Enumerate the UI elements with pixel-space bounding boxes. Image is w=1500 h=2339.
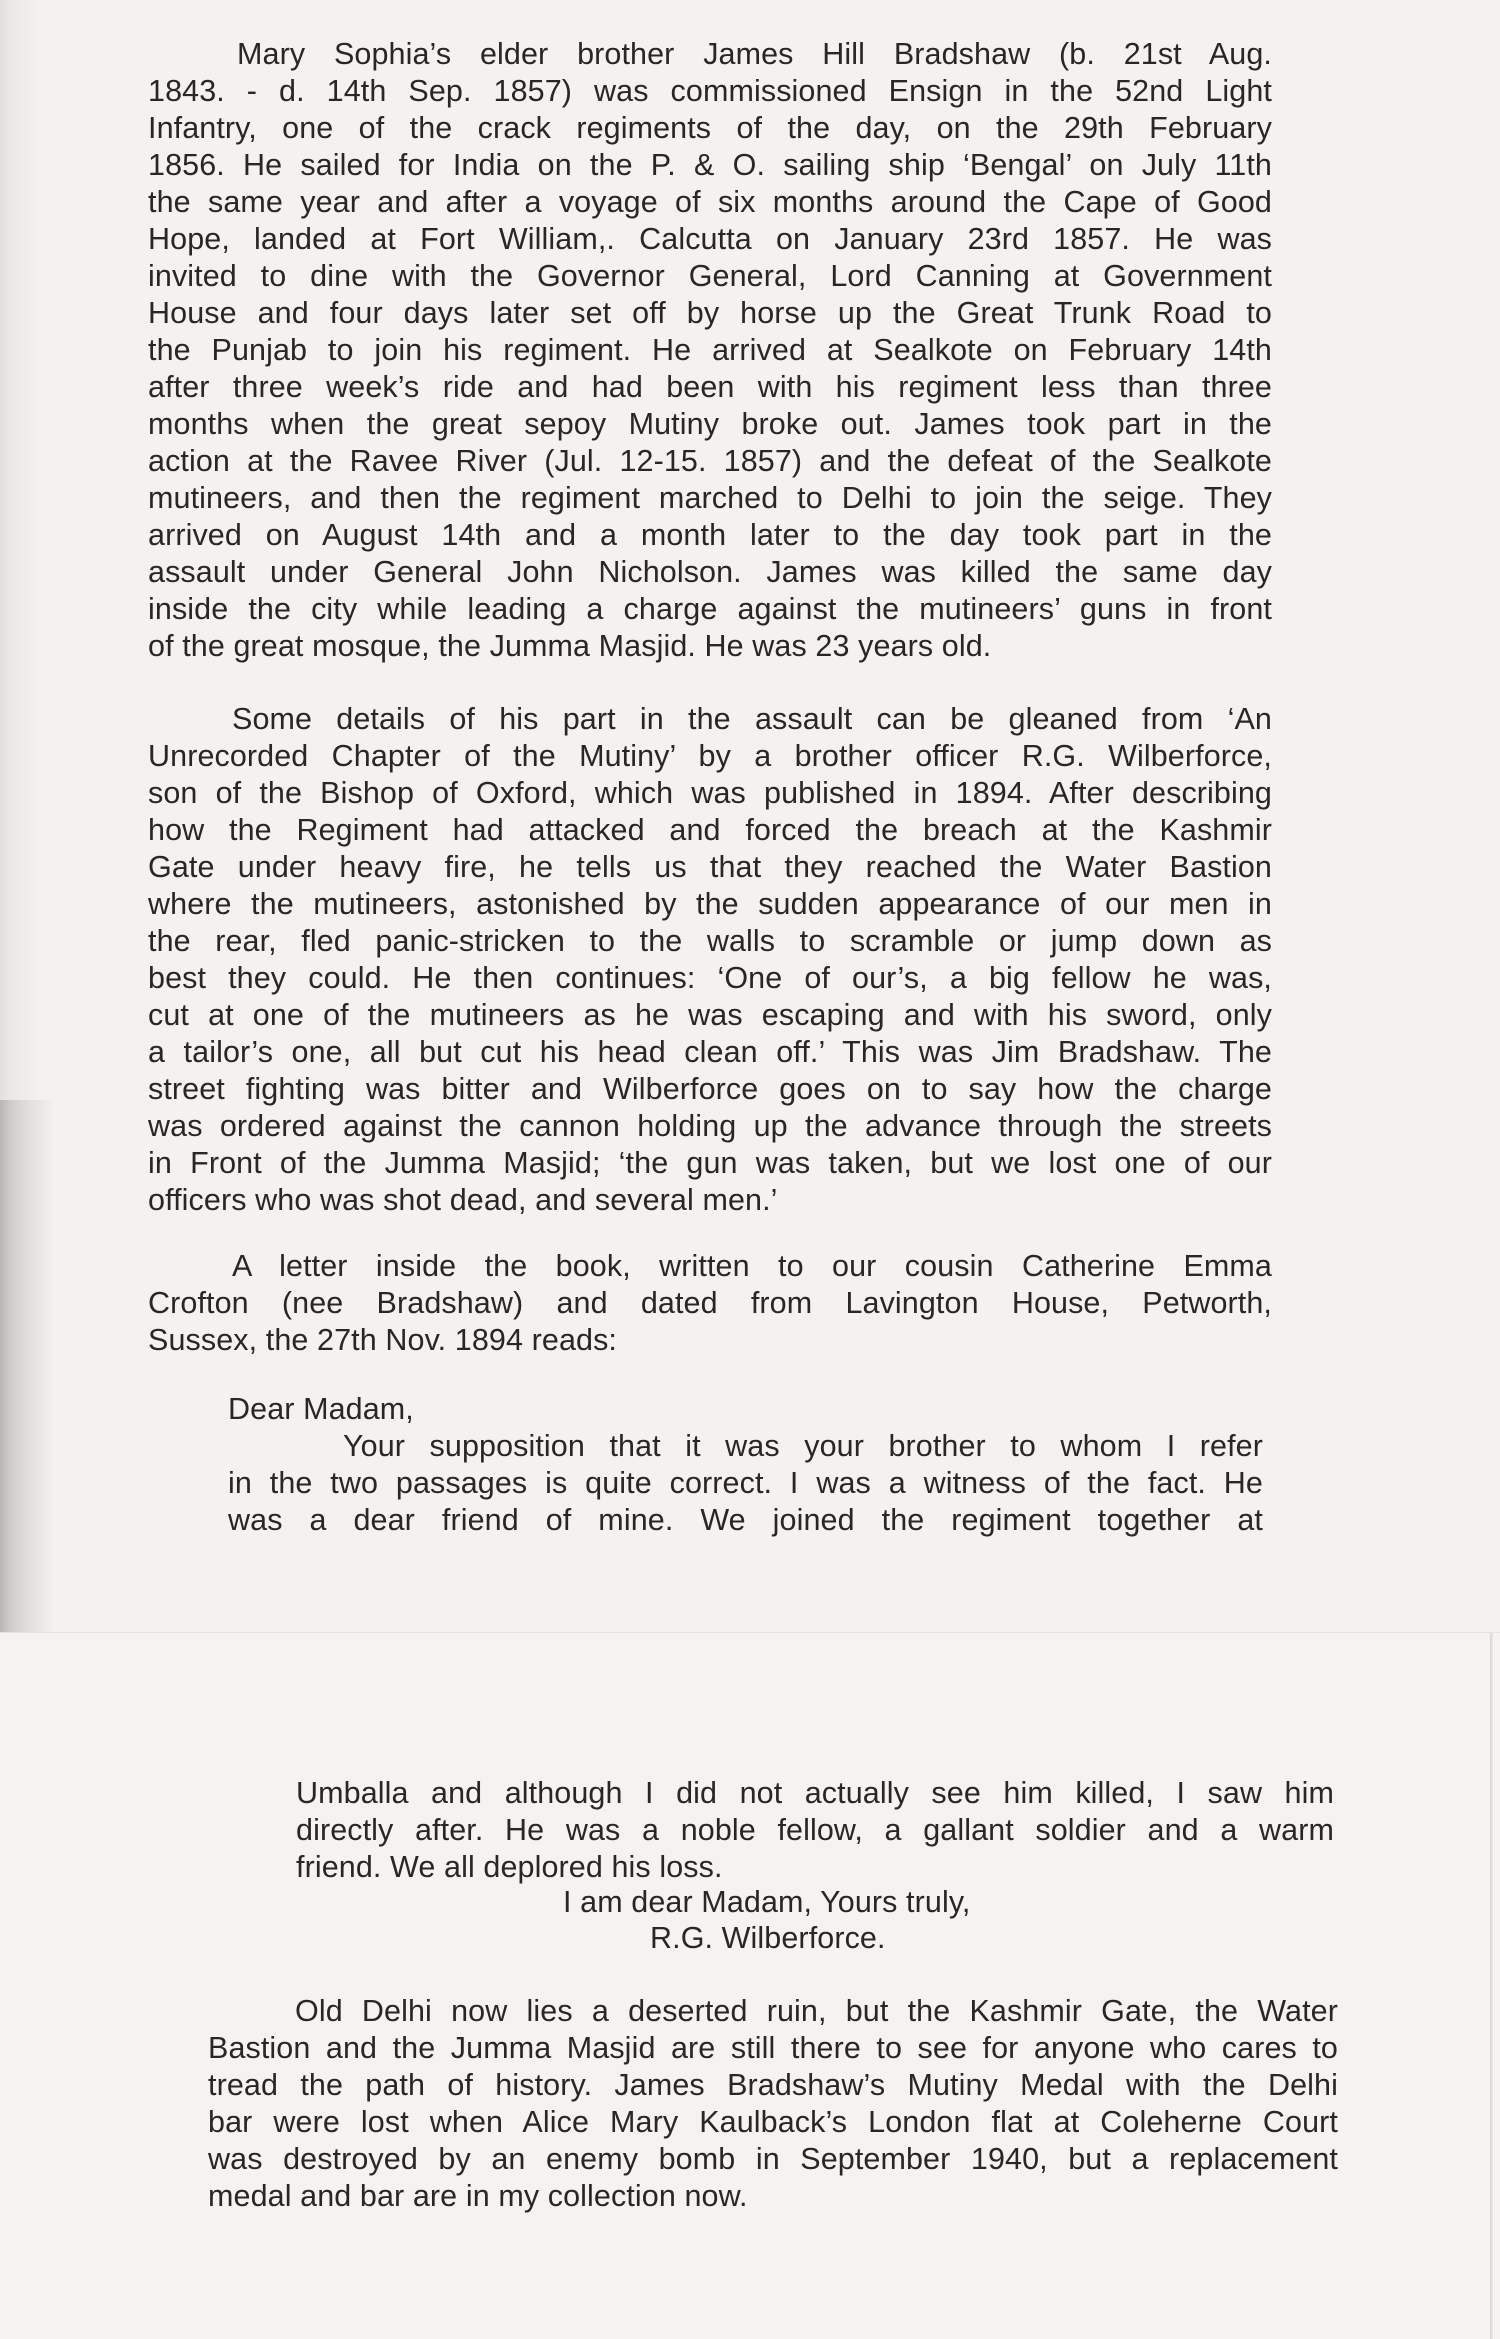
paragraph-line: son of the Bishop of Oxford, which was p… [148, 775, 1272, 812]
paragraph-line: inside the city while leading a charge a… [148, 591, 1272, 628]
paragraph-line: directly after. He was a noble fellow, a… [296, 1812, 1334, 1849]
paragraph-line: invited to dine with the Governor Genera… [148, 258, 1272, 295]
paragraph-line: friend. We all deplored his loss. [296, 1849, 723, 1886]
paragraph-line: where the mutineers, astonished by the s… [148, 886, 1272, 923]
paragraph-line: tread the path of history. James Bradsha… [208, 2067, 1338, 2104]
paragraph-line: the same year and after a voyage of six … [148, 184, 1272, 221]
page-1: Mary Sophia’s elder brother James Hill B… [0, 0, 1500, 1633]
paragraph-line: was a dear friend of mine. We joined the… [228, 1502, 1263, 1539]
paragraph-line: Hope, landed at Fort William,. Calcutta … [148, 221, 1272, 258]
paragraph-line: was ordered against the cannon holding u… [148, 1108, 1272, 1145]
page-2: Umballa and although I did not actually … [0, 1633, 1500, 2339]
paragraph-line: in the two passages is quite correct. I … [228, 1465, 1263, 1502]
paragraph-line: best they could. He then continues: ‘One… [148, 960, 1272, 997]
paragraph-line: House and four days later set off by hor… [148, 295, 1272, 332]
paragraph-line: Sussex, the 27th Nov. 1894 reads: [148, 1322, 617, 1359]
paragraph-line: 1843. - d. 14th Sep. 1857) was commissio… [148, 73, 1272, 110]
paragraph-line: Unrecorded Chapter of the Mutiny’ by a b… [148, 738, 1272, 775]
paragraph-line: 1856. He sailed for India on the P. & O.… [148, 147, 1272, 184]
paragraph-line: Your supposition that it was your brothe… [343, 1428, 1263, 1465]
gutter-shadow-lower [0, 1100, 60, 1633]
paragraph-line: Bastion and the Jumma Masjid are still t… [208, 2030, 1338, 2067]
paragraph-line: Gate under heavy fire, he tells us that … [148, 849, 1272, 886]
paragraph-line: was destroyed by an enemy bomb in Septem… [208, 2141, 1338, 2178]
paragraph-line: street fighting was bitter and Wilberfor… [148, 1071, 1272, 1108]
paragraph-line: Old Delhi now lies a deserted ruin, but … [295, 1993, 1338, 2030]
paragraph-line: mutineers, and then the regiment marched… [148, 480, 1272, 517]
letter-closing: I am dear Madam, Yours truly, [563, 1884, 971, 1921]
letter-salutation: Dear Madam, [228, 1391, 414, 1428]
paragraph-line: bar were lost when Alice Mary Kaulback’s… [208, 2104, 1338, 2141]
paragraph-line: Infantry, one of the crack regiments of … [148, 110, 1272, 147]
paragraph-line: medal and bar are in my collection now. [208, 2178, 748, 2215]
paragraph-line: in Front of the Jumma Masjid; ‘the gun w… [148, 1145, 1272, 1182]
paragraph-line: Crofton (nee Bradshaw) and dated from La… [148, 1285, 1272, 1322]
paragraph-line: how the Regiment had attacked and forced… [148, 812, 1272, 849]
paragraph-line: officers who was shot dead, and several … [148, 1182, 778, 1219]
paragraph-line: cut at one of the mutineers as he was es… [148, 997, 1272, 1034]
paragraph-line: the Punjab to join his regiment. He arri… [148, 332, 1272, 369]
paragraph-line: the rear, fled panic-stricken to the wal… [148, 923, 1272, 960]
paragraph-line: of the great mosque, the Jumma Masjid. H… [148, 628, 991, 665]
paragraph-line: action at the Ravee River (Jul. 12-15. 1… [148, 443, 1272, 480]
paragraph-line: Umballa and although I did not actually … [296, 1775, 1334, 1812]
paragraph-line: A letter inside the book, written to our… [232, 1248, 1272, 1285]
page-edge [1490, 1633, 1493, 2339]
letter-signature: R.G. Wilberforce. [650, 1920, 886, 1957]
paragraph-line: Some details of his part in the assault … [232, 701, 1272, 738]
paragraph-line: a tailor’s one, all but cut his head cle… [148, 1034, 1272, 1071]
paragraph-line: Mary Sophia’s elder brother James Hill B… [237, 36, 1272, 73]
paragraph-line: assault under General John Nicholson. Ja… [148, 554, 1272, 591]
paragraph-line: arrived on August 14th and a month later… [148, 517, 1272, 554]
paragraph-line: months when the great sepoy Mutiny broke… [148, 406, 1272, 443]
paragraph-line: after three week’s ride and had been wit… [148, 369, 1272, 406]
